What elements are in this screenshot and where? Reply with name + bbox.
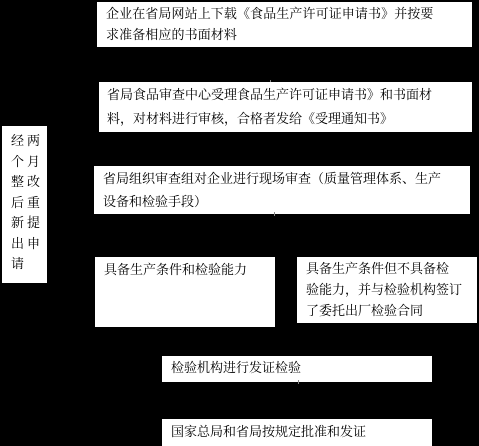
side-note-line: 个月 — [11, 153, 47, 174]
step-text-line: 检验机构进行发证检验 — [171, 357, 432, 381]
step-text-line: 了委托出厂检验合同 — [306, 301, 477, 322]
side-note-line: 后重 — [11, 194, 47, 215]
step-text-line: 具备生产条件但不具备检 — [306, 259, 477, 280]
step-text-line: 料，对材料进行审核，合格者发给《受理通知书》 — [107, 108, 472, 132]
connector-mark — [298, 380, 299, 384]
step-text-line: 具备生产条件和检验能力 — [104, 259, 275, 283]
step-entrusted-inspection: 具备生产条件但不具备检 验能力，并与检验机构签订 了委托出厂检验合同 — [297, 257, 477, 323]
side-note-resubmit: 经两 个月 整改 后重 新提 出申 请 — [2, 126, 47, 283]
step-text-line: 设备和检验手段） — [103, 191, 470, 214]
side-note-line: 经两 — [11, 132, 47, 153]
step-text-line: 验能力，并与检验机构签订 — [306, 280, 477, 301]
step-accept-application: 省局食品审查中心受理食品生产许可证申请书》和书面材 料，对材料进行审核，合格者发… — [99, 82, 472, 132]
side-note-line: 整改 — [11, 173, 47, 194]
side-note-line: 出申 — [11, 235, 47, 256]
step-download-application: 企业在省局网站上下载《食品生产许可证申请书》并按要 求准备相应的书面材料 — [97, 2, 472, 47]
step-onsite-review: 省局组织审查组对企业进行现场审查（质量管理体系、生产 设备和检验手段） — [94, 166, 470, 214]
step-text-line: 求准备相应的书面材料 — [106, 25, 472, 46]
step-approval-issuance: 国家总局和省局按规定批准和发证 — [162, 419, 432, 446]
step-has-capability: 具备生产条件和检验能力 — [95, 257, 275, 327]
side-note-line: 请 — [11, 255, 47, 276]
step-text-line: 省局组织审查组对企业进行现场审查（质量管理体系、生产 — [103, 168, 470, 191]
step-text-line: 企业在省局网站上下载《食品生产许可证申请书》并按要 — [106, 4, 472, 25]
step-certification-inspection: 检验机构进行发证检验 — [162, 356, 432, 382]
side-note-line: 新提 — [11, 214, 47, 235]
step-text-line: 省局食品审查中心受理食品生产许可证申请书》和书面材 — [107, 84, 472, 108]
step-text-line: 国家总局和省局按规定批准和发证 — [171, 421, 432, 445]
connector-mark — [274, 212, 275, 216]
